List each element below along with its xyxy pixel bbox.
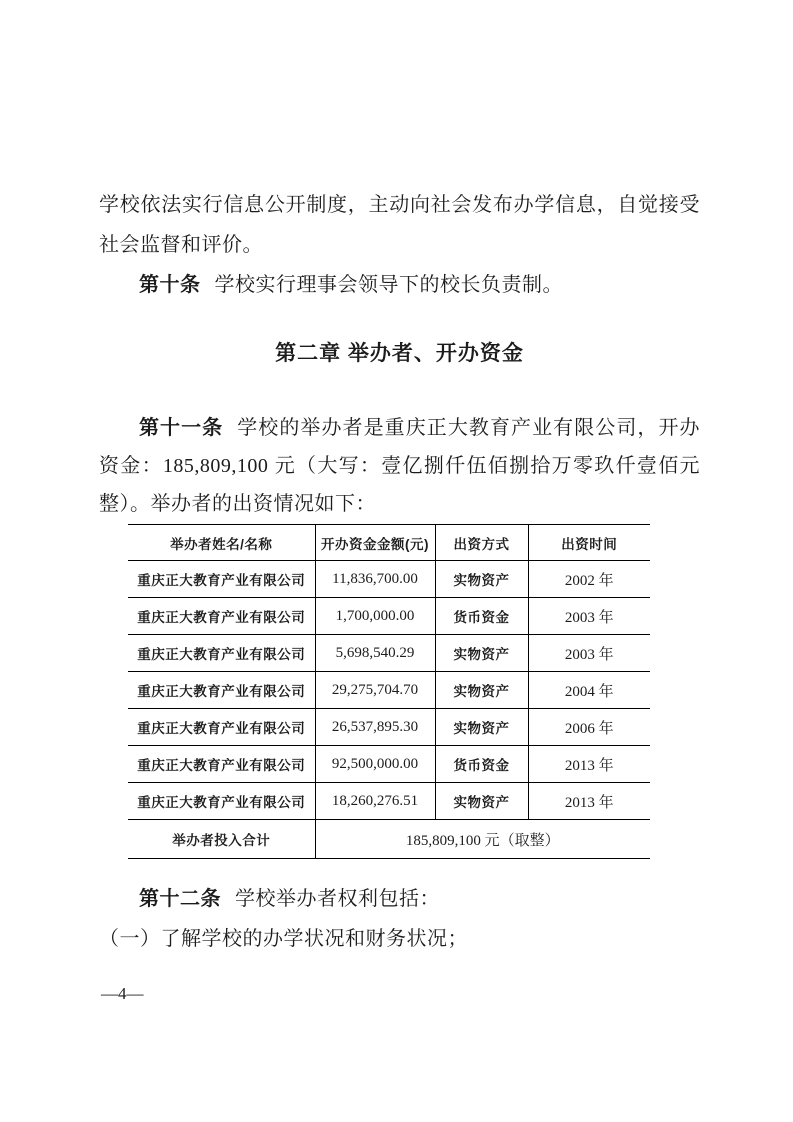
cell-type: 货币资金 xyxy=(435,598,528,635)
cell-type: 实物资产 xyxy=(435,561,528,598)
table-row: 重庆正大教育产业有限公司 18,260,276.51 实物资产 2013 年 xyxy=(128,783,650,820)
cell-amount: 5,698,540.29 xyxy=(315,635,435,672)
article-10-text: 学校实行理事会领导下的校长负责制。 xyxy=(215,274,564,296)
col-header-contribution-time: 出资时间 xyxy=(528,525,650,561)
table-body: 重庆正大教育产业有限公司 11,836,700.00 实物资产 2002 年 重… xyxy=(128,561,650,820)
col-header-founder-name: 举办者姓名/名称 xyxy=(128,525,315,561)
cell-type: 实物资产 xyxy=(435,635,528,672)
cell-amount: 18,260,276.51 xyxy=(315,783,435,820)
article-12-text: 学校举办者权利包括： xyxy=(235,888,440,910)
col-header-capital-amount: 开办资金金额(元) xyxy=(315,525,435,561)
cell-founder-name: 重庆正大教育产业有限公司 xyxy=(128,598,315,635)
cell-type: 实物资产 xyxy=(435,783,528,820)
table-header: 举办者姓名/名称 开办资金金额(元) 出资方式 出资时间 xyxy=(128,525,650,561)
paragraph-clause-1: （一）了解学校的办学状况和财务状况； xyxy=(99,919,700,959)
paragraph-article-12: 第十二条学校举办者权利包括： xyxy=(99,879,700,919)
cell-founder-name: 重庆正大教育产业有限公司 xyxy=(128,672,315,709)
table-row: 重庆正大教育产业有限公司 92,500,000.00 货币资金 2013 年 xyxy=(128,746,650,783)
table-row: 重庆正大教育产业有限公司 26,537,895.30 实物资产 2006 年 xyxy=(128,709,650,746)
col-header-contribution-type: 出资方式 xyxy=(435,525,528,561)
cell-amount: 11,836,700.00 xyxy=(315,561,435,598)
cell-year: 2003 年 xyxy=(528,635,650,672)
cell-year: 2013 年 xyxy=(528,746,650,783)
table-total-row: 举办者投入合计 185,809,100 元（取整） xyxy=(128,820,650,859)
chapter-2-heading: 第二章 举办者、开办资金 xyxy=(99,339,700,369)
table-row: 重庆正大教育产业有限公司 29,275,704.70 实物资产 2004 年 xyxy=(128,672,650,709)
cell-founder-name: 重庆正大教育产业有限公司 xyxy=(128,746,315,783)
paragraph-info-disclosure: 学校依法实行信息公开制度，主动向社会发布办学信息，自觉接受社会监督和评价。 xyxy=(99,185,700,265)
table-footer: 举办者投入合计 185,809,100 元（取整） xyxy=(128,820,650,859)
table-row: 重庆正大教育产业有限公司 1,700,000.00 货币资金 2003 年 xyxy=(128,598,650,635)
cell-year: 2003 年 xyxy=(528,598,650,635)
cell-year: 2013 年 xyxy=(528,783,650,820)
cell-type: 实物资产 xyxy=(435,709,528,746)
cell-amount: 26,537,895.30 xyxy=(315,709,435,746)
cell-amount: 1,700,000.00 xyxy=(315,598,435,635)
table-row: 重庆正大教育产业有限公司 11,836,700.00 实物资产 2002 年 xyxy=(128,561,650,598)
cell-founder-name: 重庆正大教育产业有限公司 xyxy=(128,709,315,746)
cell-amount: 92,500,000.00 xyxy=(315,746,435,783)
paragraph-article-11: 第十一条学校的举办者是重庆正大教育产业有限公司，开办资金：185,809,100… xyxy=(99,409,700,523)
table-header-row: 举办者姓名/名称 开办资金金额(元) 出资方式 出资时间 xyxy=(128,525,650,561)
article-11-label: 第十一条 xyxy=(139,417,223,439)
page-content: 学校依法实行信息公开制度，主动向社会发布办学信息，自觉接受社会监督和评价。 第十… xyxy=(99,185,700,959)
cell-type: 货币资金 xyxy=(435,746,528,783)
cell-year: 2006 年 xyxy=(528,709,650,746)
article-10-label: 第十条 xyxy=(139,274,201,296)
cell-founder-name: 重庆正大教育产业有限公司 xyxy=(128,561,315,598)
total-label-cell: 举办者投入合计 xyxy=(128,820,315,859)
capital-contribution-table: 举办者姓名/名称 开办资金金额(元) 出资方式 出资时间 重庆正大教育产业有限公… xyxy=(128,524,650,859)
cell-year: 2004 年 xyxy=(528,672,650,709)
table-row: 重庆正大教育产业有限公司 5,698,540.29 实物资产 2003 年 xyxy=(128,635,650,672)
cell-type: 实物资产 xyxy=(435,672,528,709)
page-number: —4— xyxy=(101,984,144,1004)
article-12-label: 第十二条 xyxy=(139,888,221,910)
cell-year: 2002 年 xyxy=(528,561,650,598)
cell-founder-name: 重庆正大教育产业有限公司 xyxy=(128,783,315,820)
cell-founder-name: 重庆正大教育产业有限公司 xyxy=(128,635,315,672)
cell-amount: 29,275,704.70 xyxy=(315,672,435,709)
paragraph-article-10: 第十条学校实行理事会领导下的校长负责制。 xyxy=(99,265,700,305)
total-value-cell: 185,809,100 元（取整） xyxy=(315,820,650,859)
document-page: 学校依法实行信息公开制度，主动向社会发布办学信息，自觉接受社会监督和评价。 第十… xyxy=(0,0,793,1122)
